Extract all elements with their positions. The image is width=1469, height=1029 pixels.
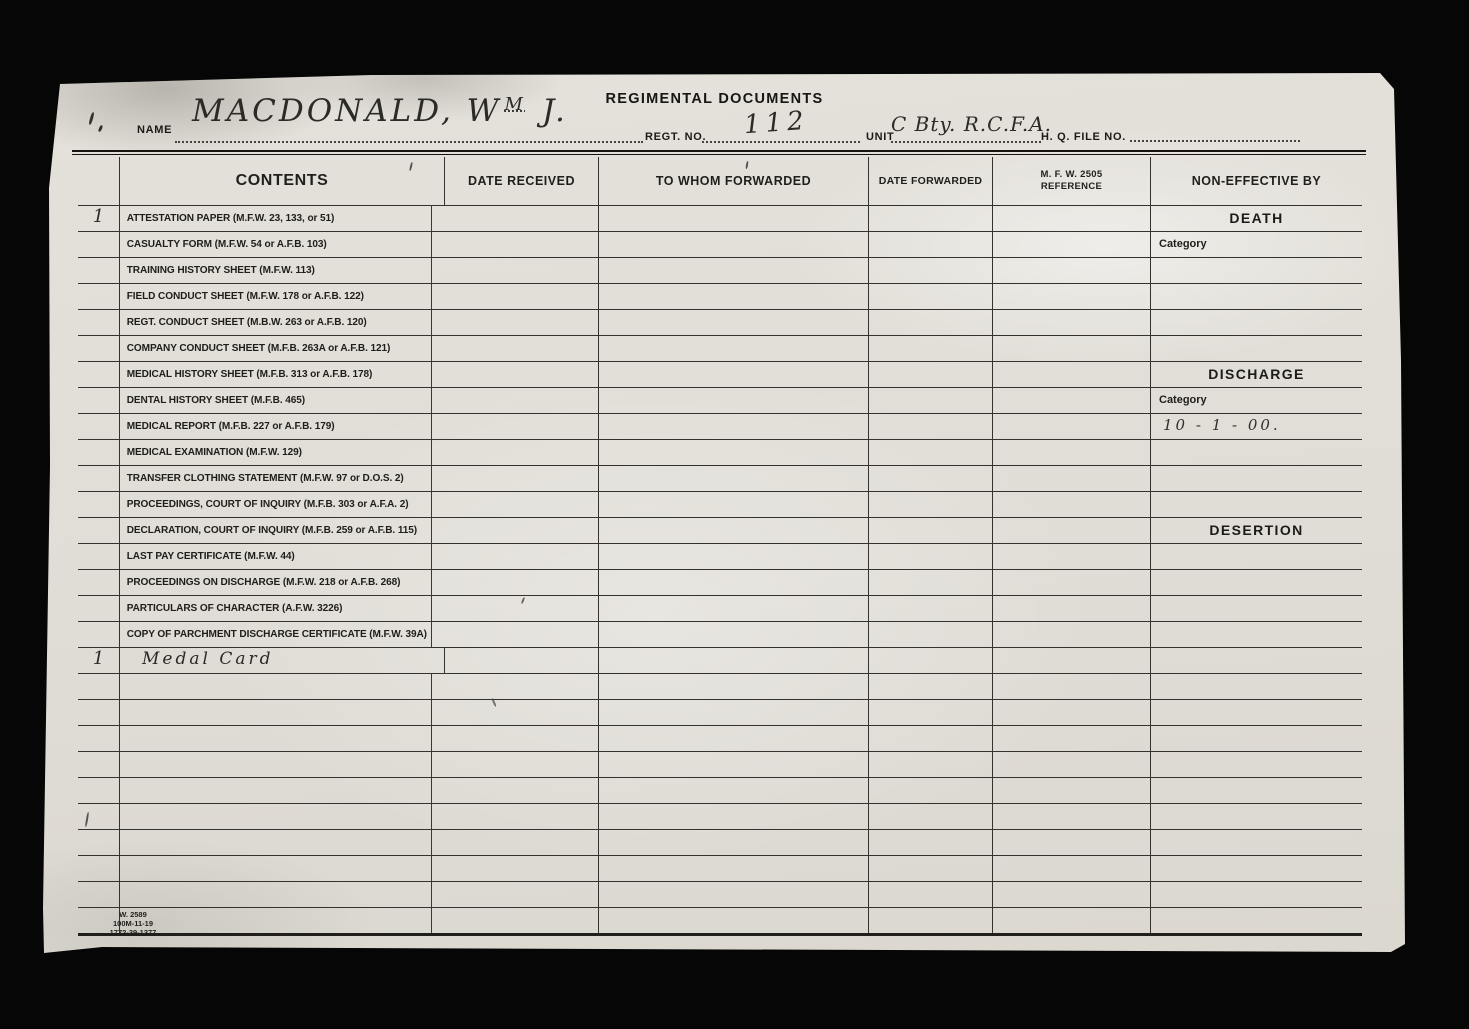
cell-whom (599, 466, 869, 491)
cell-ne: DISCHARGE (1151, 362, 1362, 387)
cell-check (78, 622, 120, 647)
cell-ref (993, 700, 1151, 725)
cell-whom (599, 674, 869, 699)
table-row (78, 856, 1362, 882)
table-row (78, 804, 1362, 830)
cell-ref (993, 726, 1151, 751)
cell-fwd (869, 388, 993, 413)
table-row: LAST PAY CERTIFICATE (M.F.W. 44) (78, 544, 1362, 570)
cell-date (445, 518, 599, 543)
cell-ref (993, 570, 1151, 595)
cell-ne: DESERTION (1151, 518, 1362, 543)
table-row: REGT. CONDUCT SHEET (M.B.W. 263 or A.F.B… (78, 310, 1362, 336)
unit-underline (891, 141, 1041, 143)
cell-fwd (869, 882, 993, 907)
cell-ne (1151, 570, 1362, 595)
table-row: DECLARATION, COURT OF INQUIRY (M.F.B. 25… (78, 518, 1362, 544)
cell-fwd (869, 466, 993, 491)
cell-ref (993, 544, 1151, 569)
cell-ref (993, 518, 1151, 543)
header-check-column (78, 157, 120, 205)
unit-handwritten: C Bty. R.C.F.A. (891, 112, 1052, 136)
cell-date (445, 232, 599, 257)
cell-date (445, 570, 599, 595)
cell-date (445, 284, 599, 309)
table-row: PROCEEDINGS, COURT OF INQUIRY (M.F.B. 30… (78, 492, 1362, 518)
cell-contents: COPY OF PARCHMENT DISCHARGE CERTIFICATE … (120, 622, 432, 647)
regt-no-underline (702, 141, 860, 143)
cell-contents: TRANSFER CLOTHING STATEMENT (M.F.W. 97 o… (120, 466, 432, 491)
cell-contents (120, 674, 432, 699)
cell-contents: PROCEEDINGS, COURT OF INQUIRY (M.F.B. 30… (120, 492, 432, 517)
cell-ne: Category (1151, 232, 1362, 257)
cell-contents (120, 700, 432, 725)
cell-date (445, 856, 599, 881)
header-date-received: DATE RECEIVED (445, 157, 599, 205)
cell-ref (993, 336, 1151, 361)
header-to-whom-forwarded: TO WHOM FORWARDED (599, 157, 869, 205)
cell-check (78, 414, 120, 439)
table-row (78, 726, 1362, 752)
table-row (78, 908, 1362, 936)
cell-contents: MEDICAL EXAMINATION (M.F.W. 129) (120, 440, 432, 465)
cell-contents: PROCEEDINGS ON DISCHARGE (M.F.W. 218 or … (120, 570, 432, 595)
header-contents: CONTENTS (120, 157, 445, 205)
cell-ne (1151, 908, 1362, 933)
cell-whom (599, 232, 869, 257)
cell-ne (1151, 752, 1362, 777)
name-initial: J. (542, 93, 568, 129)
cell-ref (993, 674, 1151, 699)
cell-whom (599, 206, 869, 231)
cell-whom (599, 882, 869, 907)
cell-ne: DEATH (1151, 206, 1362, 231)
cell-contents (120, 882, 432, 907)
cell-fwd (869, 440, 993, 465)
cell-check (78, 232, 120, 257)
form-number-line: W. 2589 (90, 910, 176, 919)
cell-fwd (869, 206, 993, 231)
name-handwritten: MACDONALD, WMJ. (192, 93, 568, 129)
cell-whom (599, 544, 869, 569)
cell-whom (599, 518, 869, 543)
cell-ref (993, 622, 1151, 647)
header-reference: M. F. W. 2505 REFERENCE (993, 157, 1151, 205)
regt-no-handwritten: 112 (743, 106, 810, 140)
cell-date (445, 622, 599, 647)
cell-ne (1151, 622, 1362, 647)
table-row: FIELD CONDUCT SHEET (M.F.W. 178 or A.F.B… (78, 284, 1362, 310)
cell-contents: COMPANY CONDUCT SHEET (M.F.B. 263A or A.… (120, 336, 432, 361)
cell-contents: ATTESTATION PAPER (M.F.W. 23, 133, or 51… (120, 206, 432, 231)
cell-ref (993, 882, 1151, 907)
cell-date (445, 778, 599, 803)
cell-contents: MEDICAL HISTORY SHEET (M.F.B. 313 or A.F… (120, 362, 432, 387)
table-row: 1Medal Card (78, 648, 1362, 674)
table-row: PROCEEDINGS ON DISCHARGE (M.F.W. 218 or … (78, 570, 1362, 596)
cell-whom (599, 648, 869, 673)
cell-fwd (869, 778, 993, 803)
cell-ref (993, 596, 1151, 621)
name-main: MACDONALD, W (192, 93, 502, 129)
table-row (78, 674, 1362, 700)
table-row (78, 778, 1362, 804)
cell-ne (1151, 284, 1362, 309)
cell-ne (1151, 492, 1362, 517)
cell-fwd (869, 674, 993, 699)
cell-date (445, 882, 599, 907)
cell-ref (993, 362, 1151, 387)
cell-ref (993, 492, 1151, 517)
cell-check (78, 596, 120, 621)
cell-fwd (869, 284, 993, 309)
cell-ref (993, 830, 1151, 855)
cell-fwd (869, 258, 993, 283)
cell-check: 1 (78, 206, 120, 231)
header-reference-line2: REFERENCE (1041, 181, 1102, 193)
cell-whom (599, 830, 869, 855)
cell-contents: CASUALTY FORM (M.F.W. 54 or A.F.B. 103) (120, 232, 432, 257)
cell-fwd (869, 336, 993, 361)
cell-whom (599, 388, 869, 413)
cell-date (445, 544, 599, 569)
header-rule (72, 150, 1366, 155)
cell-check (78, 882, 120, 907)
cell-ref (993, 466, 1151, 491)
cell-ne (1151, 310, 1362, 335)
form-number-line: 100M-11-19 (90, 919, 176, 928)
cell-date (445, 206, 599, 231)
cell-date (445, 258, 599, 283)
cell-check (78, 544, 120, 569)
table-row (78, 752, 1362, 778)
cell-contents: FIELD CONDUCT SHEET (M.F.W. 178 or A.F.B… (120, 284, 432, 309)
name-underline (175, 141, 643, 143)
cell-check (78, 830, 120, 855)
cell-date (445, 648, 599, 673)
table-row (78, 830, 1362, 856)
table-row: PARTICULARS OF CHARACTER (A.F.W. 3226) (78, 596, 1362, 622)
cell-contents (120, 830, 432, 855)
cell-fwd (869, 648, 993, 673)
document-card: REGIMENTAL DOCUMENTS NAME MACDONALD, WMJ… (42, 70, 1405, 953)
cell-date (445, 674, 599, 699)
cell-check (78, 856, 120, 881)
cell-whom (599, 700, 869, 725)
cell-check (78, 440, 120, 465)
cell-fwd (869, 362, 993, 387)
regt-no-label: REGT. NO. (645, 131, 706, 143)
cell-ne (1151, 726, 1362, 751)
table-row: MEDICAL EXAMINATION (M.F.W. 129) (78, 440, 1362, 466)
cell-ref (993, 206, 1151, 231)
table-row: TRAINING HISTORY SHEET (M.F.W. 113) (78, 258, 1362, 284)
cell-contents: REGT. CONDUCT SHEET (M.B.W. 263 or A.F.B… (120, 310, 432, 335)
cell-date (445, 414, 599, 439)
cell-check (78, 752, 120, 777)
cell-check (78, 570, 120, 595)
cell-check (78, 518, 120, 543)
cell-whom (599, 570, 869, 595)
cell-ne (1151, 830, 1362, 855)
cell-ref (993, 778, 1151, 803)
cell-contents (120, 856, 432, 881)
cell-fwd (869, 544, 993, 569)
cell-whom (599, 804, 869, 829)
cell-check (78, 388, 120, 413)
cell-ref (993, 648, 1151, 673)
cell-date (445, 830, 599, 855)
cell-ne (1151, 700, 1362, 725)
cell-check (78, 778, 120, 803)
cell-ref (993, 908, 1151, 933)
cell-ne: 10 - 1 - 00. (1151, 414, 1362, 439)
cell-whom (599, 362, 869, 387)
cell-fwd (869, 856, 993, 881)
cell-whom (599, 908, 869, 933)
cell-check (78, 726, 120, 751)
table-row: MEDICAL HISTORY SHEET (M.F.B. 313 or A.F… (78, 362, 1362, 388)
cell-fwd (869, 596, 993, 621)
cell-check (78, 336, 120, 361)
cell-ne (1151, 258, 1362, 283)
cell-contents: LAST PAY CERTIFICATE (M.F.W. 44) (120, 544, 432, 569)
documents-table: CONTENTS DATE RECEIVED TO WHOM FORWARDED… (78, 157, 1362, 936)
cell-check (78, 310, 120, 335)
cell-whom (599, 752, 869, 777)
cell-ref (993, 232, 1151, 257)
cell-whom (599, 596, 869, 621)
cell-date (445, 362, 599, 387)
cell-date (445, 336, 599, 361)
cell-date (445, 804, 599, 829)
cell-ne (1151, 882, 1362, 907)
cell-date (445, 700, 599, 725)
cell-whom (599, 336, 869, 361)
cell-ne (1151, 674, 1362, 699)
hq-file-no-underline (1130, 140, 1300, 142)
table-row: MEDICAL REPORT (M.F.B. 227 or A.F.B. 179… (78, 414, 1362, 440)
table-row (78, 700, 1362, 726)
cell-whom (599, 310, 869, 335)
cell-ref (993, 258, 1151, 283)
table-row: COPY OF PARCHMENT DISCHARGE CERTIFICATE … (78, 622, 1362, 648)
cell-ref (993, 388, 1151, 413)
cell-whom (599, 622, 869, 647)
form-number-line: 1772-39-1377 (90, 928, 176, 937)
cell-ne (1151, 648, 1362, 673)
cell-ne (1151, 856, 1362, 881)
cell-contents: Medal Card (120, 648, 445, 673)
cell-whom (599, 778, 869, 803)
cell-fwd (869, 570, 993, 595)
cell-date (445, 726, 599, 751)
scan-background: { "scan": { "title": "REGIMENTAL DOCUMEN… (0, 0, 1469, 1029)
cell-ref (993, 804, 1151, 829)
cell-contents (120, 804, 432, 829)
cell-whom (599, 492, 869, 517)
cell-whom (599, 258, 869, 283)
name-superscript: M (505, 94, 526, 115)
cell-fwd (869, 908, 993, 933)
table-row: DENTAL HISTORY SHEET (M.F.B. 465)Categor… (78, 388, 1362, 414)
cell-whom (599, 856, 869, 881)
cell-ref (993, 752, 1151, 777)
cell-fwd (869, 752, 993, 777)
cell-date (445, 752, 599, 777)
cell-contents: TRAINING HISTORY SHEET (M.F.W. 113) (120, 258, 432, 283)
cell-fwd (869, 414, 993, 439)
cell-contents (120, 778, 432, 803)
cell-contents (120, 752, 432, 777)
cell-fwd (869, 492, 993, 517)
cell-ne (1151, 440, 1362, 465)
cell-contents: DECLARATION, COURT OF INQUIRY (M.F.B. 25… (120, 518, 432, 543)
cell-whom (599, 440, 869, 465)
stray-ink-mark (98, 125, 104, 133)
cell-fwd (869, 804, 993, 829)
form-number: W. 2589 100M-11-19 1772-39-1377 (90, 910, 176, 937)
cell-date (445, 388, 599, 413)
cell-check (78, 362, 120, 387)
cell-whom (599, 726, 869, 751)
cell-contents: MEDICAL REPORT (M.F.B. 227 or A.F.B. 179… (120, 414, 432, 439)
cell-check (78, 674, 120, 699)
header-date-forwarded: DATE FORWARDED (869, 157, 993, 205)
cell-fwd (869, 700, 993, 725)
hq-file-no-label: H. Q. FILE NO. (1041, 131, 1126, 143)
cell-check (78, 492, 120, 517)
table-row: CASUALTY FORM (M.F.W. 54 or A.F.B. 103)C… (78, 232, 1362, 258)
cell-contents (120, 726, 432, 751)
cell-date (445, 466, 599, 491)
cell-ref (993, 284, 1151, 309)
cell-check (78, 700, 120, 725)
cell-ref (993, 414, 1151, 439)
cell-ref (993, 856, 1151, 881)
stray-ink-mark (88, 112, 94, 125)
cell-fwd (869, 622, 993, 647)
cell-fwd (869, 310, 993, 335)
cell-contents: PARTICULARS OF CHARACTER (A.F.W. 3226) (120, 596, 432, 621)
cell-whom (599, 284, 869, 309)
cell-ne (1151, 596, 1362, 621)
cell-ne (1151, 804, 1362, 829)
cell-date (445, 310, 599, 335)
header-reference-line1: M. F. W. 2505 (1041, 169, 1103, 181)
cell-check (78, 466, 120, 491)
cell-ne (1151, 466, 1362, 491)
cell-fwd (869, 518, 993, 543)
header-non-effective: NON-EFFECTIVE BY (1151, 157, 1362, 205)
cell-date (445, 908, 599, 933)
cell-fwd (869, 232, 993, 257)
cell-fwd (869, 726, 993, 751)
cell-whom (599, 414, 869, 439)
cell-date (445, 440, 599, 465)
cell-ne (1151, 544, 1362, 569)
cell-check (78, 258, 120, 283)
table-row: 1ATTESTATION PAPER (M.F.W. 23, 133, or 5… (78, 206, 1362, 232)
cell-fwd (869, 830, 993, 855)
cell-ref (993, 310, 1151, 335)
table-row (78, 882, 1362, 908)
cell-check: 1 (78, 648, 120, 673)
cell-ref (993, 440, 1151, 465)
table-header-row: CONTENTS DATE RECEIVED TO WHOM FORWARDED… (78, 157, 1362, 206)
cell-ne (1151, 336, 1362, 361)
cell-ne: Category (1151, 388, 1362, 413)
cell-date (445, 492, 599, 517)
cell-check (78, 284, 120, 309)
table-body: 1ATTESTATION PAPER (M.F.W. 23, 133, or 5… (78, 206, 1362, 936)
table-row: COMPANY CONDUCT SHEET (M.F.B. 263A or A.… (78, 336, 1362, 362)
cell-ne (1151, 778, 1362, 803)
table-row: TRANSFER CLOTHING STATEMENT (M.F.W. 97 o… (78, 466, 1362, 492)
cell-contents: DENTAL HISTORY SHEET (M.F.B. 465) (120, 388, 432, 413)
name-label: NAME (137, 124, 172, 136)
